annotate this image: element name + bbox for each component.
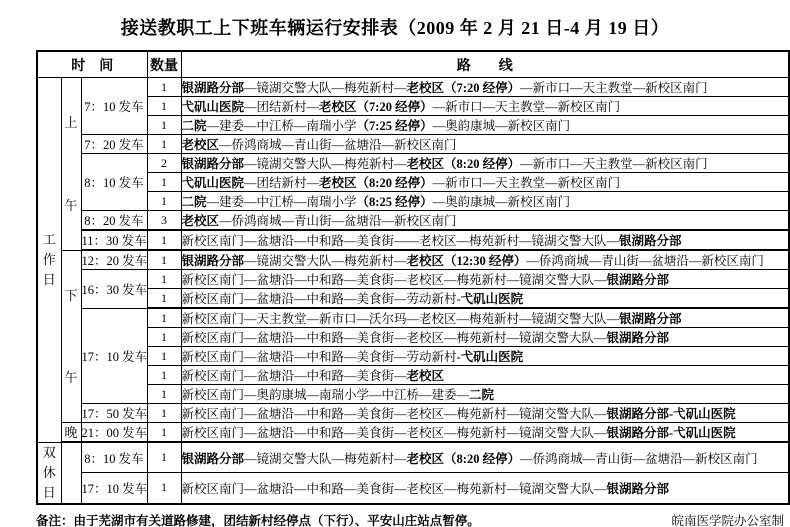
route-segment: 银湖路分部-弋矶山医院 [607,426,736,440]
route-segment: 新校区南门—盆塘沿—中和路—美食街—老校区—梅苑新村—镜湖交警大队— [182,273,607,287]
route-segment: 新校区南门—盆塘沿—中和路—美食街—劳动新村- [182,350,461,364]
route-segment: —新市口—天主教堂—新校区南门 [520,157,708,171]
route-cell: 新校区南门—盆塘沿—中和路—美食街—老校区 [181,366,789,385]
day-group-label: 双休日 [38,443,61,503]
route-cell: 新校区南门—盆塘沿—中和路—美食街—老校区—梅苑新村—镜湖交警大队—银湖路分部 [181,270,789,289]
vertical-char: 双 [43,446,56,459]
bus-count-cell: 1 [147,366,181,385]
route-segment: 银湖路分部 [619,234,682,248]
day-group-label: 工作日 [38,230,61,290]
period-cell: 晚 [61,423,81,443]
bus-schedule-table: 时 间 数量 路 线 工作日上午7：10 发车1银湖路分部—镜湖交警大队—梅苑新… [36,50,790,505]
schedule-row: 双休日8：10 发车1银湖路分部—镜湖交警大队—梅苑新村—老校区（8:20 经停… [37,442,789,473]
route-cell: 老校区—侨鸿商城—青山街—盆塘沿—新校区南门 [181,211,789,231]
route-cell: 新校区南门—天主教堂—新市口—沃尔玛—老校区—梅苑新村—镜湖交警大队—银湖路分部 [181,308,789,328]
route-segment: 新校区南门—盆塘沿—中和路—美食街— [182,369,407,383]
route-cell: 新校区南门—盆塘沿—中和路—美食街—劳动新村-弋矶山医院 [181,347,789,366]
bus-count-cell: 1 [147,385,181,404]
route-segment: —新市口—天主教堂—新校区南门 [433,176,621,190]
period-label: 上午 [62,81,81,246]
route-cell: 老校区—侨鸿商城—青山街—盆塘沿—新校区南门 [181,135,789,154]
route-segment: —侨鸿商城—青山街—盆塘沿—新校区南门 [219,138,457,152]
bus-count-cell: 3 [147,211,181,231]
departure-time-cell: 8：20 发车 [81,211,147,231]
vertical-char: 下 [64,289,77,302]
vertical-char: 作 [43,253,56,266]
departure-time-cell: 17：10 发车 [81,308,147,404]
vertical-char: 晚 [64,426,77,439]
footer: 备注：由于芜湖市有关道路修建，团结新村经停点（下行）、平安山庄站点暂停。 皖南医… [36,511,788,527]
departure-time-cell: 11：30 发车 [81,230,147,250]
header-row: 时 间 数量 路 线 [37,51,789,78]
schedule-row: 7：20 发车1老校区—侨鸿商城—青山街—盆塘沿—新校区南门 [37,135,789,154]
route-cell: 银湖路分部—镜湖交警大队—梅苑新村—老校区（12:30 经停）—侨鸿商城—青山街… [181,250,789,270]
departure-time-cell: 17：10 发车 [81,473,147,504]
departure-time-cell: 16：30 发车 [81,270,147,309]
schedule-row: 1二院—建委—中江桥—南瑞小学（7:25 经停）—奥韵康城—新校区南门 [37,116,789,135]
route-segment: 老校区（8:20 经停） [407,157,521,171]
bus-count-cell: 1 [147,442,181,473]
route-segment: —镜湖交警大队—梅苑新村— [244,81,407,95]
bus-count-cell: 1 [147,78,181,97]
route-segment: 新校区南门—盆塘沿—中和路—美食街—老校区—梅苑新村—镜湖交警大队— [182,331,607,345]
bus-count-cell: 1 [147,270,181,289]
page-title: 接送教职工上下班车辆运行安排表（2009 年 2 月 21 日-4 月 19 日… [0,14,790,40]
route-segment: 弋矶山医院 [182,176,245,190]
route-segment: 老校区 [182,214,220,228]
bus-count-cell: 1 [147,173,181,192]
schedule-row: 1新校区南门—盆塘沿—中和路—美食街—劳动新村-弋矶山医院 [37,347,789,366]
route-segment: 老校区（7:20 经停） [319,100,433,114]
route-cell: 新校区南门—盆塘沿—中和路—美食街—老校区—梅苑新村—镜湖交警大队—银湖路分部 [181,328,789,347]
route-cell: 银湖路分部—镜湖交警大队—梅苑新村—老校区（7:20 经停）—新市口—天主教堂—… [181,78,789,97]
route-segment: —新市口—天主教堂—新校区南门 [520,81,708,95]
day-group-cell: 工作日 [37,78,61,443]
schedule-row: 1二院—建委—中江桥—南瑞小学（8:25 经停）—奥韵康城—新校区南门 [37,192,789,211]
route-segment: —团结新村— [244,176,319,190]
vertical-char: 休 [43,466,56,479]
bus-count-cell: 2 [147,154,181,173]
vertical-char: 上 [64,116,77,129]
route-segment: 弋矶山医院 [461,292,524,306]
period-cell [61,442,81,504]
day-group-cell: 双休日 [37,442,61,504]
departure-time-cell: 7：10 发车 [81,78,147,135]
route-segment: 老校区（8:20 经停） [407,452,521,466]
period-label: 下午 [62,254,81,419]
route-segment: —奥韵康城—新校区南门 [433,119,571,133]
vertical-char: 午 [64,371,77,384]
route-segment: 银湖路分部 [182,157,245,171]
route-segment: —镜湖交警大队—梅苑新村— [244,157,407,171]
route-segment: —侨鸿商城—青山街—盆塘沿—新校区南门 [219,214,457,228]
route-segment: 银湖路分部 [607,273,670,287]
bus-count-cell: 1 [147,116,181,135]
route-cell: 弋矶山医院—团结新村—老校区（7:20 经停）—新市口—天主教堂—新校区南门 [181,97,789,116]
route-segment: 银湖路分部 [607,482,670,496]
schedule-row: 1新校区南门—盆塘沿—中和路—美食街—劳动新村-弋矶山医院 [37,289,789,309]
route-segment: 新校区南门—奥韵康城—南瑞小学—中江桥—建委— [182,388,470,402]
schedule-row: 17：50 发车1新校区南门—盆塘沿—中和路—美食街—老校区—梅苑新村—镜湖交警… [37,404,789,423]
bus-count-cell: 1 [147,473,181,504]
route-cell: 新校区南门—盆塘沿—中和路—美食街—老校区—梅苑新村—镜湖交警大队—银湖路分部-… [181,404,789,423]
route-segment: 银湖路分部-弋矶山医院 [607,407,736,421]
route-segment: 二院 [182,195,207,209]
route-cell: 新校区南门—盆塘沿—中和路—美食街——老校区—梅苑新村—镜湖交警大队—银湖路分部 [181,230,789,250]
bus-count-cell: 1 [147,423,181,443]
schedule-row: 1弋矶山医院—团结新村—老校区（8:20 经停）—新市口—天主教堂—新校区南门 [37,173,789,192]
route-segment: 新校区南门—盆塘沿—中和路—美食街—老校区—梅苑新村—镜湖交警大队— [182,426,607,440]
vertical-char: 午 [64,199,77,212]
bus-count-cell: 1 [147,135,181,154]
route-segment: 新校区南门—盆塘沿—中和路—美食街—老校区—梅苑新村—镜湖交警大队— [182,482,607,496]
schedule-row: 8：20 发车3老校区—侨鸿商城—青山街—盆塘沿—新校区南门 [37,211,789,231]
route-segment: 银湖路分部 [619,312,682,326]
schedule-row: 1弋矶山医院—团结新村—老校区（7:20 经停）—新市口—天主教堂—新校区南门 [37,97,789,116]
route-segment: 新校区南门—盆塘沿—中和路—美食街—劳动新村- [182,292,461,306]
route-segment: 新校区南门—盆塘沿—中和路—美食街——老校区—梅苑新村—镜湖交警大队— [182,234,620,248]
route-cell: 新校区南门—盆塘沿—中和路—美食街—老校区—梅苑新村—镜湖交警大队—银湖路分部-… [181,423,789,443]
col-header-time: 时 间 [37,51,147,78]
bus-count-cell: 1 [147,192,181,211]
route-segment: 新校区南门—天主教堂—新市口—沃尔玛—老校区—梅苑新村—镜湖交警大队— [182,312,620,326]
route-segment: 银湖路分部 [182,254,245,268]
footnote: 备注：由于芜湖市有关道路修建，团结新村经停点（下行）、平安山庄站点暂停。 [36,511,480,527]
schedule-row: 工作日上午7：10 发车1银湖路分部—镜湖交警大队—梅苑新村—老校区（7:20 … [37,78,789,97]
bus-count-cell: 1 [147,347,181,366]
issuer-label: 皖南医学院办公室制 [671,511,788,527]
route-cell: 银湖路分部—镜湖交警大队—梅苑新村—老校区（8:20 经停）—新市口—天主教堂—… [181,154,789,173]
route-cell: 二院—建委—中江桥—南瑞小学（7:25 经停）—奥韵康城—新校区南门 [181,116,789,135]
route-cell: 新校区南门—奥韵康城—南瑞小学—中江桥—建委—二院 [181,385,789,404]
route-cell: 新校区南门—盆塘沿—中和路—美食街—劳动新村-弋矶山医院 [181,289,789,309]
route-segment: 老校区 [407,369,445,383]
route-segment: 老校区（12:30 经停） [407,254,527,268]
bus-count-cell: 1 [147,250,181,270]
route-segment: —奥韵康城—新校区南门 [433,195,571,209]
vertical-char: 日 [43,273,56,286]
bus-count-cell: 1 [147,97,181,116]
schedule-row: 17：10 发车1新校区南门—天主教堂—新市口—沃尔玛—老校区—梅苑新村—镜湖交… [37,308,789,328]
col-header-qty: 数量 [147,51,181,78]
route-segment: 弋矶山医院 [182,100,245,114]
route-segment: 新校区南门—盆塘沿—中和路—美食街—老校区—梅苑新村—镜湖交警大队— [182,407,607,421]
period-cell: 上午 [61,78,81,251]
route-segment: —建委—中江桥—南瑞小学 [207,119,357,133]
route-segment: —侨鸿商城—青山街—盆塘沿—新校区南门 [526,254,764,268]
departure-time-cell: 8：10 发车 [81,442,147,473]
route-segment: 老校区（8:20 经停） [319,176,433,190]
route-segment: 二院 [469,388,494,402]
schedule-row: 下午12：20 发车1银湖路分部—镜湖交警大队—梅苑新村—老校区（12:30 经… [37,250,789,270]
bus-count-cell: 1 [147,289,181,309]
schedule-row: 1新校区南门—奥韵康城—南瑞小学—中江桥—建委—二院 [37,385,789,404]
route-segment: —镜湖交警大队—梅苑新村— [244,452,407,466]
period-label: 晚 [62,426,81,439]
col-header-route: 路 线 [181,51,789,78]
route-segment: —侨鸿商城—青山街—盆塘沿—新校区南门 [520,452,758,466]
vertical-char: 日 [43,486,56,499]
route-segment: —建委—中江桥—南瑞小学 [207,195,357,209]
schedule-row: 晚21：00 发车1新校区南门—盆塘沿—中和路—美食街—老校区—梅苑新村—镜湖交… [37,423,789,443]
bus-count-cell: 1 [147,308,181,328]
route-segment: （8:25 经停） [357,195,433,209]
departure-time-cell: 8：10 发车 [81,154,147,211]
schedule-row: 1新校区南门—盆塘沿—中和路—美食街—老校区 [37,366,789,385]
route-cell: 弋矶山医院—团结新村—老校区（8:20 经停）—新市口—天主教堂—新校区南门 [181,173,789,192]
departure-time-cell: 12：20 发车 [81,250,147,270]
route-segment: —新市口—天主教堂—新校区南门 [433,100,621,114]
bus-count-cell: 1 [147,328,181,347]
route-segment: 老校区（7:20 经停） [407,81,521,95]
route-segment: 老校区 [182,138,220,152]
route-segment: 二院 [182,119,207,133]
vertical-char: 工 [43,233,56,246]
bus-count-cell: 1 [147,230,181,250]
departure-time-cell: 7：20 发车 [81,135,147,154]
route-segment: —团结新村— [244,100,319,114]
route-segment: —镜湖交警大队—梅苑新村— [244,254,407,268]
route-segment: 银湖路分部 [182,81,245,95]
schedule-row: 17：10 发车1新校区南门—盆塘沿—中和路—美食街—老校区—梅苑新村—镜湖交警… [37,473,789,504]
route-segment: 弋矶山医院 [461,350,524,364]
route-cell: 新校区南门—盆塘沿—中和路—美食街—老校区—梅苑新村—镜湖交警大队—银湖路分部 [181,473,789,504]
route-segment: 银湖路分部 [182,452,245,466]
schedule-row: 11：30 发车1新校区南门—盆塘沿—中和路—美食街——老校区—梅苑新村—镜湖交… [37,230,789,250]
route-cell: 银湖路分部—镜湖交警大队—梅苑新村—老校区（8:20 经停）—侨鸿商城—青山街—… [181,442,789,473]
schedule-row: 1新校区南门—盆塘沿—中和路—美食街—老校区—梅苑新村—镜湖交警大队—银湖路分部 [37,328,789,347]
route-cell: 二院—建委—中江桥—南瑞小学（8:25 经停）—奥韵康城—新校区南门 [181,192,789,211]
departure-time-cell: 17：50 发车 [81,404,147,423]
route-segment: （7:25 经停） [357,119,433,133]
schedule-row: 16：30 发车1新校区南门—盆塘沿—中和路—美食街—老校区—梅苑新村—镜湖交警… [37,270,789,289]
period-cell: 下午 [61,250,81,423]
bus-count-cell: 1 [147,404,181,423]
departure-time-cell: 21：00 发车 [81,423,147,443]
schedule-row: 8：10 发车2银湖路分部—镜湖交警大队—梅苑新村—老校区（8:20 经停）—新… [37,154,789,173]
route-segment: 银湖路分部 [607,331,670,345]
